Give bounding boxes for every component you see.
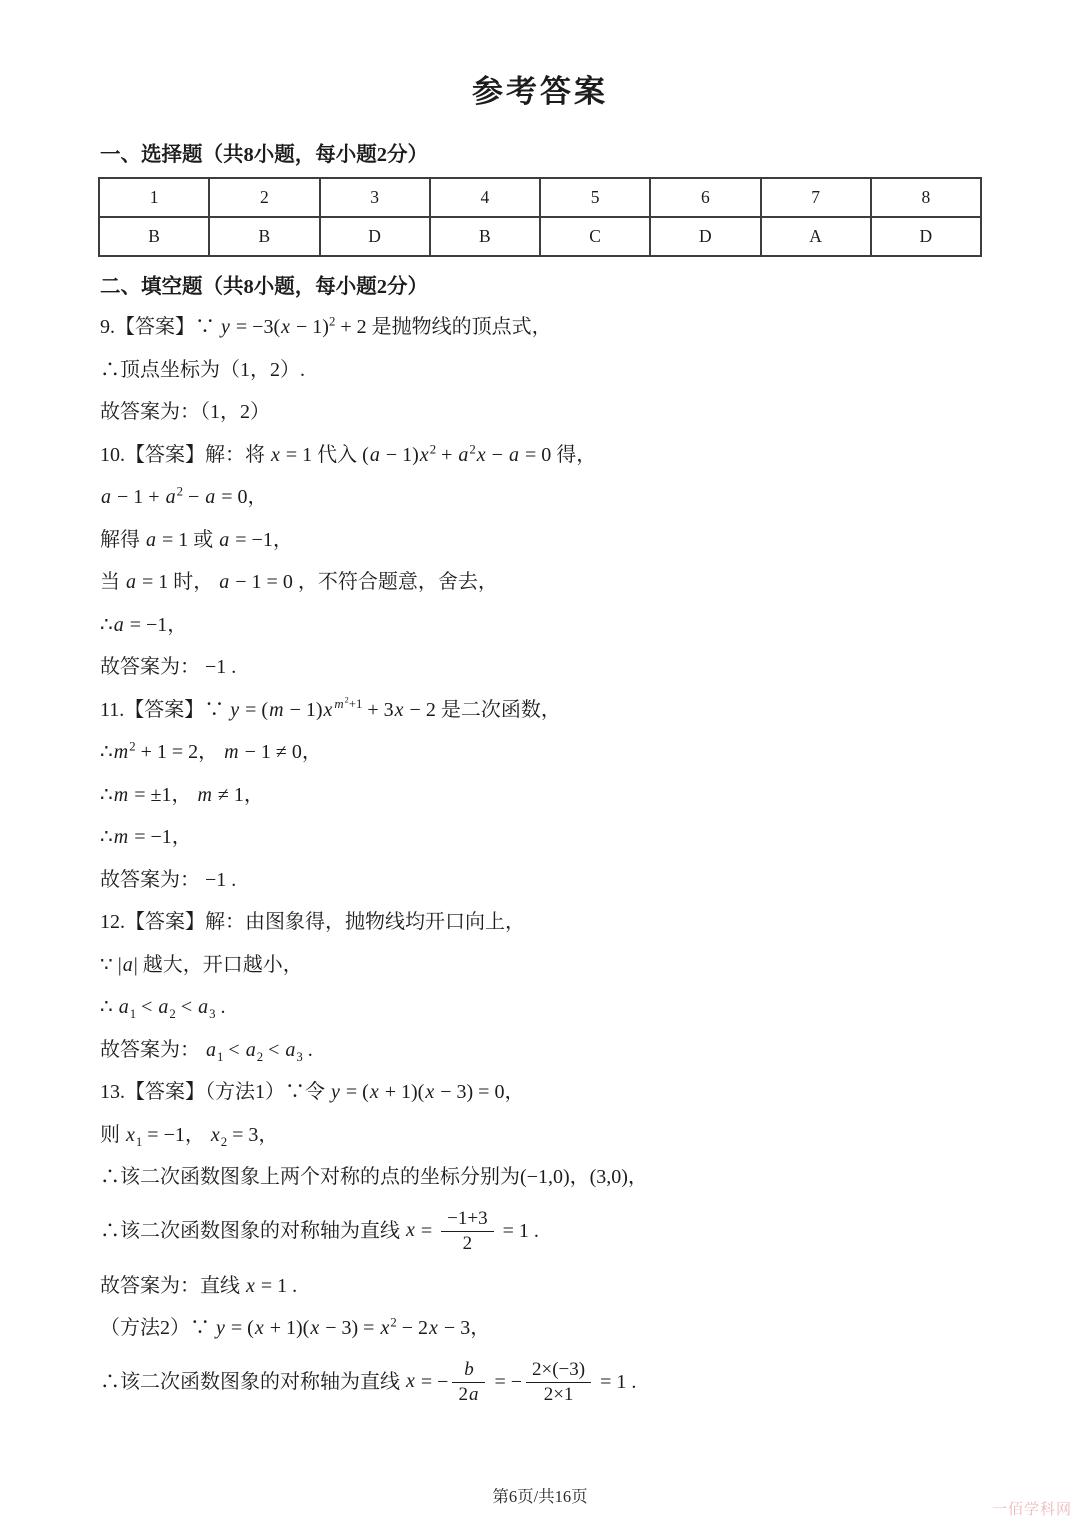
math-variable: a <box>113 614 125 636</box>
math-subscript: 3 <box>296 1050 302 1064</box>
answer-line: 10.【答案】解：将 x = 1 代入 (a − 1)x2 + a2x − a … <box>100 441 982 470</box>
answer-line: ∴a = −1， <box>100 611 982 640</box>
question-number-cell: 4 <box>430 178 540 217</box>
math-variable: x <box>405 1370 416 1392</box>
math-variable: a <box>145 529 157 551</box>
math-subscript: 2 <box>221 1135 227 1149</box>
math-variable: a <box>508 444 520 466</box>
math-variable: m <box>113 826 129 848</box>
math-variable: x <box>210 1124 221 1146</box>
answer-sheet-page: 参考答案 一、选择题（共8小题，每小题2分） 12345678BBDBCDAD … <box>0 0 1080 1409</box>
answer-line: 13.【答案】（方法1）∵令 y = (x + 1)(x − 3) = 0， <box>100 1078 982 1107</box>
answer-line: ∴该二次函数图象的对称轴为直线 x = −1+32 = 1 . <box>100 1206 982 1259</box>
question-number-cell: 5 <box>540 178 650 217</box>
math-superscript: 2 <box>345 696 349 705</box>
fraction-numerator: −1+3 <box>441 1208 493 1233</box>
answer-line: 故答案为： −1 . <box>100 653 982 682</box>
answer-line: 故答案为： −1 . <box>100 866 982 895</box>
table-row: BBDBCDAD <box>99 217 981 256</box>
math-variable: m <box>113 784 129 806</box>
math-variable: m <box>196 784 212 806</box>
answer-line: 故答案为：直线 x = 1 . <box>100 1272 982 1301</box>
math-variable: x <box>379 1317 390 1339</box>
table-row: 12345678 <box>99 178 981 217</box>
page-number: 第6页/共16页 <box>492 1487 587 1506</box>
math-subscript: 1 <box>217 1050 223 1064</box>
answer-line: 12.【答案】解：由图象得，抛物线均开口向上， <box>100 908 982 937</box>
math-variable: a <box>284 1039 296 1061</box>
math-variable: a <box>468 1384 480 1405</box>
math-variable: a <box>457 444 469 466</box>
fraction-denominator: 2 <box>441 1232 493 1256</box>
answer-letter-cell: D <box>650 217 760 256</box>
answer-line: 当 a = 1 时， a − 1 = 0 ，不符合题意，舍去， <box>100 568 982 597</box>
question-number-cell: 6 <box>650 178 760 217</box>
math-variable: a <box>218 529 230 551</box>
fraction-denominator: 2×1 <box>526 1383 591 1407</box>
math-variable: x <box>270 444 281 466</box>
answer-line: ∴该二次函数图象上两个对称的点的坐标分别为(−1,0)，(3,0)， <box>100 1163 982 1192</box>
math-subscript: 3 <box>209 1007 215 1021</box>
math-fraction: b2a <box>452 1359 485 1408</box>
math-variable: a <box>122 954 134 976</box>
answer-line: ∴m = −1， <box>100 823 982 852</box>
section-heading-choice: 一、选择题（共8小题，每小题2分） <box>100 137 982 167</box>
math-variable: x <box>280 316 291 338</box>
page-footer: 第6页/共16页 <box>0 1483 1080 1507</box>
math-subscript: 2 <box>257 1050 263 1064</box>
math-variable: y <box>330 1081 341 1103</box>
answer-letter-cell: D <box>871 217 981 256</box>
answer-line: ∴顶点坐标为（1，2）. <box>100 356 982 385</box>
question-number-cell: 8 <box>871 178 981 217</box>
math-variable: x <box>309 1317 320 1339</box>
math-variable: a <box>204 486 216 508</box>
math-superscript: 2 <box>469 442 475 456</box>
math-fraction: 2×(−3)2×1 <box>526 1359 591 1408</box>
answer-letter-cell: C <box>540 217 650 256</box>
math-superscript: 2 <box>329 314 335 328</box>
section-heading-fill: 二、填空题（共8小题，每小题2分） <box>100 269 982 299</box>
math-variable: a <box>118 996 130 1018</box>
answer-line: 9.【答案】∵ y = −3(x − 1)2 + 2 是抛物线的顶点式， <box>100 313 982 342</box>
math-variable: a <box>218 571 230 593</box>
math-superscript: 2 <box>390 1315 396 1329</box>
fraction-numerator: 2×(−3) <box>526 1359 591 1384</box>
answer-letter-cell: D <box>320 217 430 256</box>
answer-line: 解得 a = 1 或 a = −1， <box>100 526 982 555</box>
math-superscript: 2 <box>177 484 183 498</box>
answer-line: ∴m2 + 1 = 2， m − 1 ≠ 0， <box>100 738 982 767</box>
math-variable: y <box>215 1317 226 1339</box>
answer-letter-cell: B <box>430 217 540 256</box>
answer-line: ∴m = ±1， m ≠ 1， <box>100 781 982 810</box>
math-variable: x <box>369 1081 380 1103</box>
answer-line: ∴该二次函数图象的对称轴为直线 x = −b2a = −2×(−3)2×1 = … <box>100 1357 982 1410</box>
answer-letter-cell: A <box>761 217 871 256</box>
math-subscript: 1 <box>130 1007 136 1021</box>
math-variable: x <box>405 1219 416 1241</box>
math-subscript: 1 <box>136 1135 142 1149</box>
site-watermark: 一佰学科网 <box>992 1498 1072 1519</box>
math-variable: b <box>463 1359 475 1380</box>
math-variable: y <box>229 699 240 721</box>
math-variable: x <box>125 1124 136 1146</box>
answer-line: （方法2）∵ y = (x + 1)(x − 3) = x2 − 2x − 3， <box>100 1314 982 1343</box>
math-variable: a <box>205 1039 217 1061</box>
math-variable: m <box>113 741 129 763</box>
math-variable: m <box>268 699 284 721</box>
answer-line: 故答案为： a1 < a2 < a3 . <box>100 1036 982 1065</box>
answer-line: a − 1 + a2 − a = 0， <box>100 483 982 512</box>
fraction-denominator: 2a <box>452 1383 485 1407</box>
math-variable: m <box>223 741 239 763</box>
math-variable: x <box>245 1275 256 1297</box>
math-superscript: m2+1 <box>333 697 362 711</box>
question-number-cell: 2 <box>209 178 319 217</box>
math-variable: x <box>323 699 334 721</box>
math-variable: x <box>424 1081 435 1103</box>
math-variable: a <box>369 444 381 466</box>
math-variable: x <box>394 699 405 721</box>
math-variable: a <box>165 486 177 508</box>
math-variable: a <box>245 1039 257 1061</box>
math-variable: a <box>197 996 209 1018</box>
math-superscript: 2 <box>430 442 436 456</box>
answer-line: 则 x1 = −1， x2 = 3， <box>100 1121 982 1150</box>
question-number-cell: 3 <box>320 178 430 217</box>
math-subscript: 2 <box>169 1007 175 1021</box>
answer-letter-cell: B <box>99 217 209 256</box>
answer-letter-cell: B <box>209 217 319 256</box>
math-variable: x <box>254 1317 265 1339</box>
math-variable: m <box>333 697 344 711</box>
question-number-cell: 1 <box>99 178 209 217</box>
answer-line: 11.【答案】∵ y = (m − 1)xm2+1 + 3x − 2 是二次函数… <box>100 696 982 725</box>
page-title: 参考答案 <box>98 66 982 111</box>
answer-line: 故答案为：（1，2） <box>100 398 982 427</box>
question-number-cell: 7 <box>761 178 871 217</box>
fraction-numerator: b <box>452 1359 485 1384</box>
math-variable: y <box>220 316 231 338</box>
math-superscript: 2 <box>129 739 135 753</box>
math-variable: a <box>125 571 137 593</box>
answer-line: ∵ |a| 越大，开口越小， <box>100 951 982 980</box>
answer-line: ∴ a1 < a2 < a3 . <box>100 993 982 1022</box>
math-fraction: −1+32 <box>441 1208 493 1257</box>
choice-answer-table: 12345678BBDBCDAD <box>98 177 982 257</box>
worked-answers: 9.【答案】∵ y = −3(x − 1)2 + 2 是抛物线的顶点式，∴顶点坐… <box>98 313 982 1409</box>
math-variable: a <box>100 486 112 508</box>
math-variable: x <box>419 444 430 466</box>
math-variable: a <box>157 996 169 1018</box>
math-variable: x <box>476 444 487 466</box>
math-variable: x <box>428 1317 439 1339</box>
